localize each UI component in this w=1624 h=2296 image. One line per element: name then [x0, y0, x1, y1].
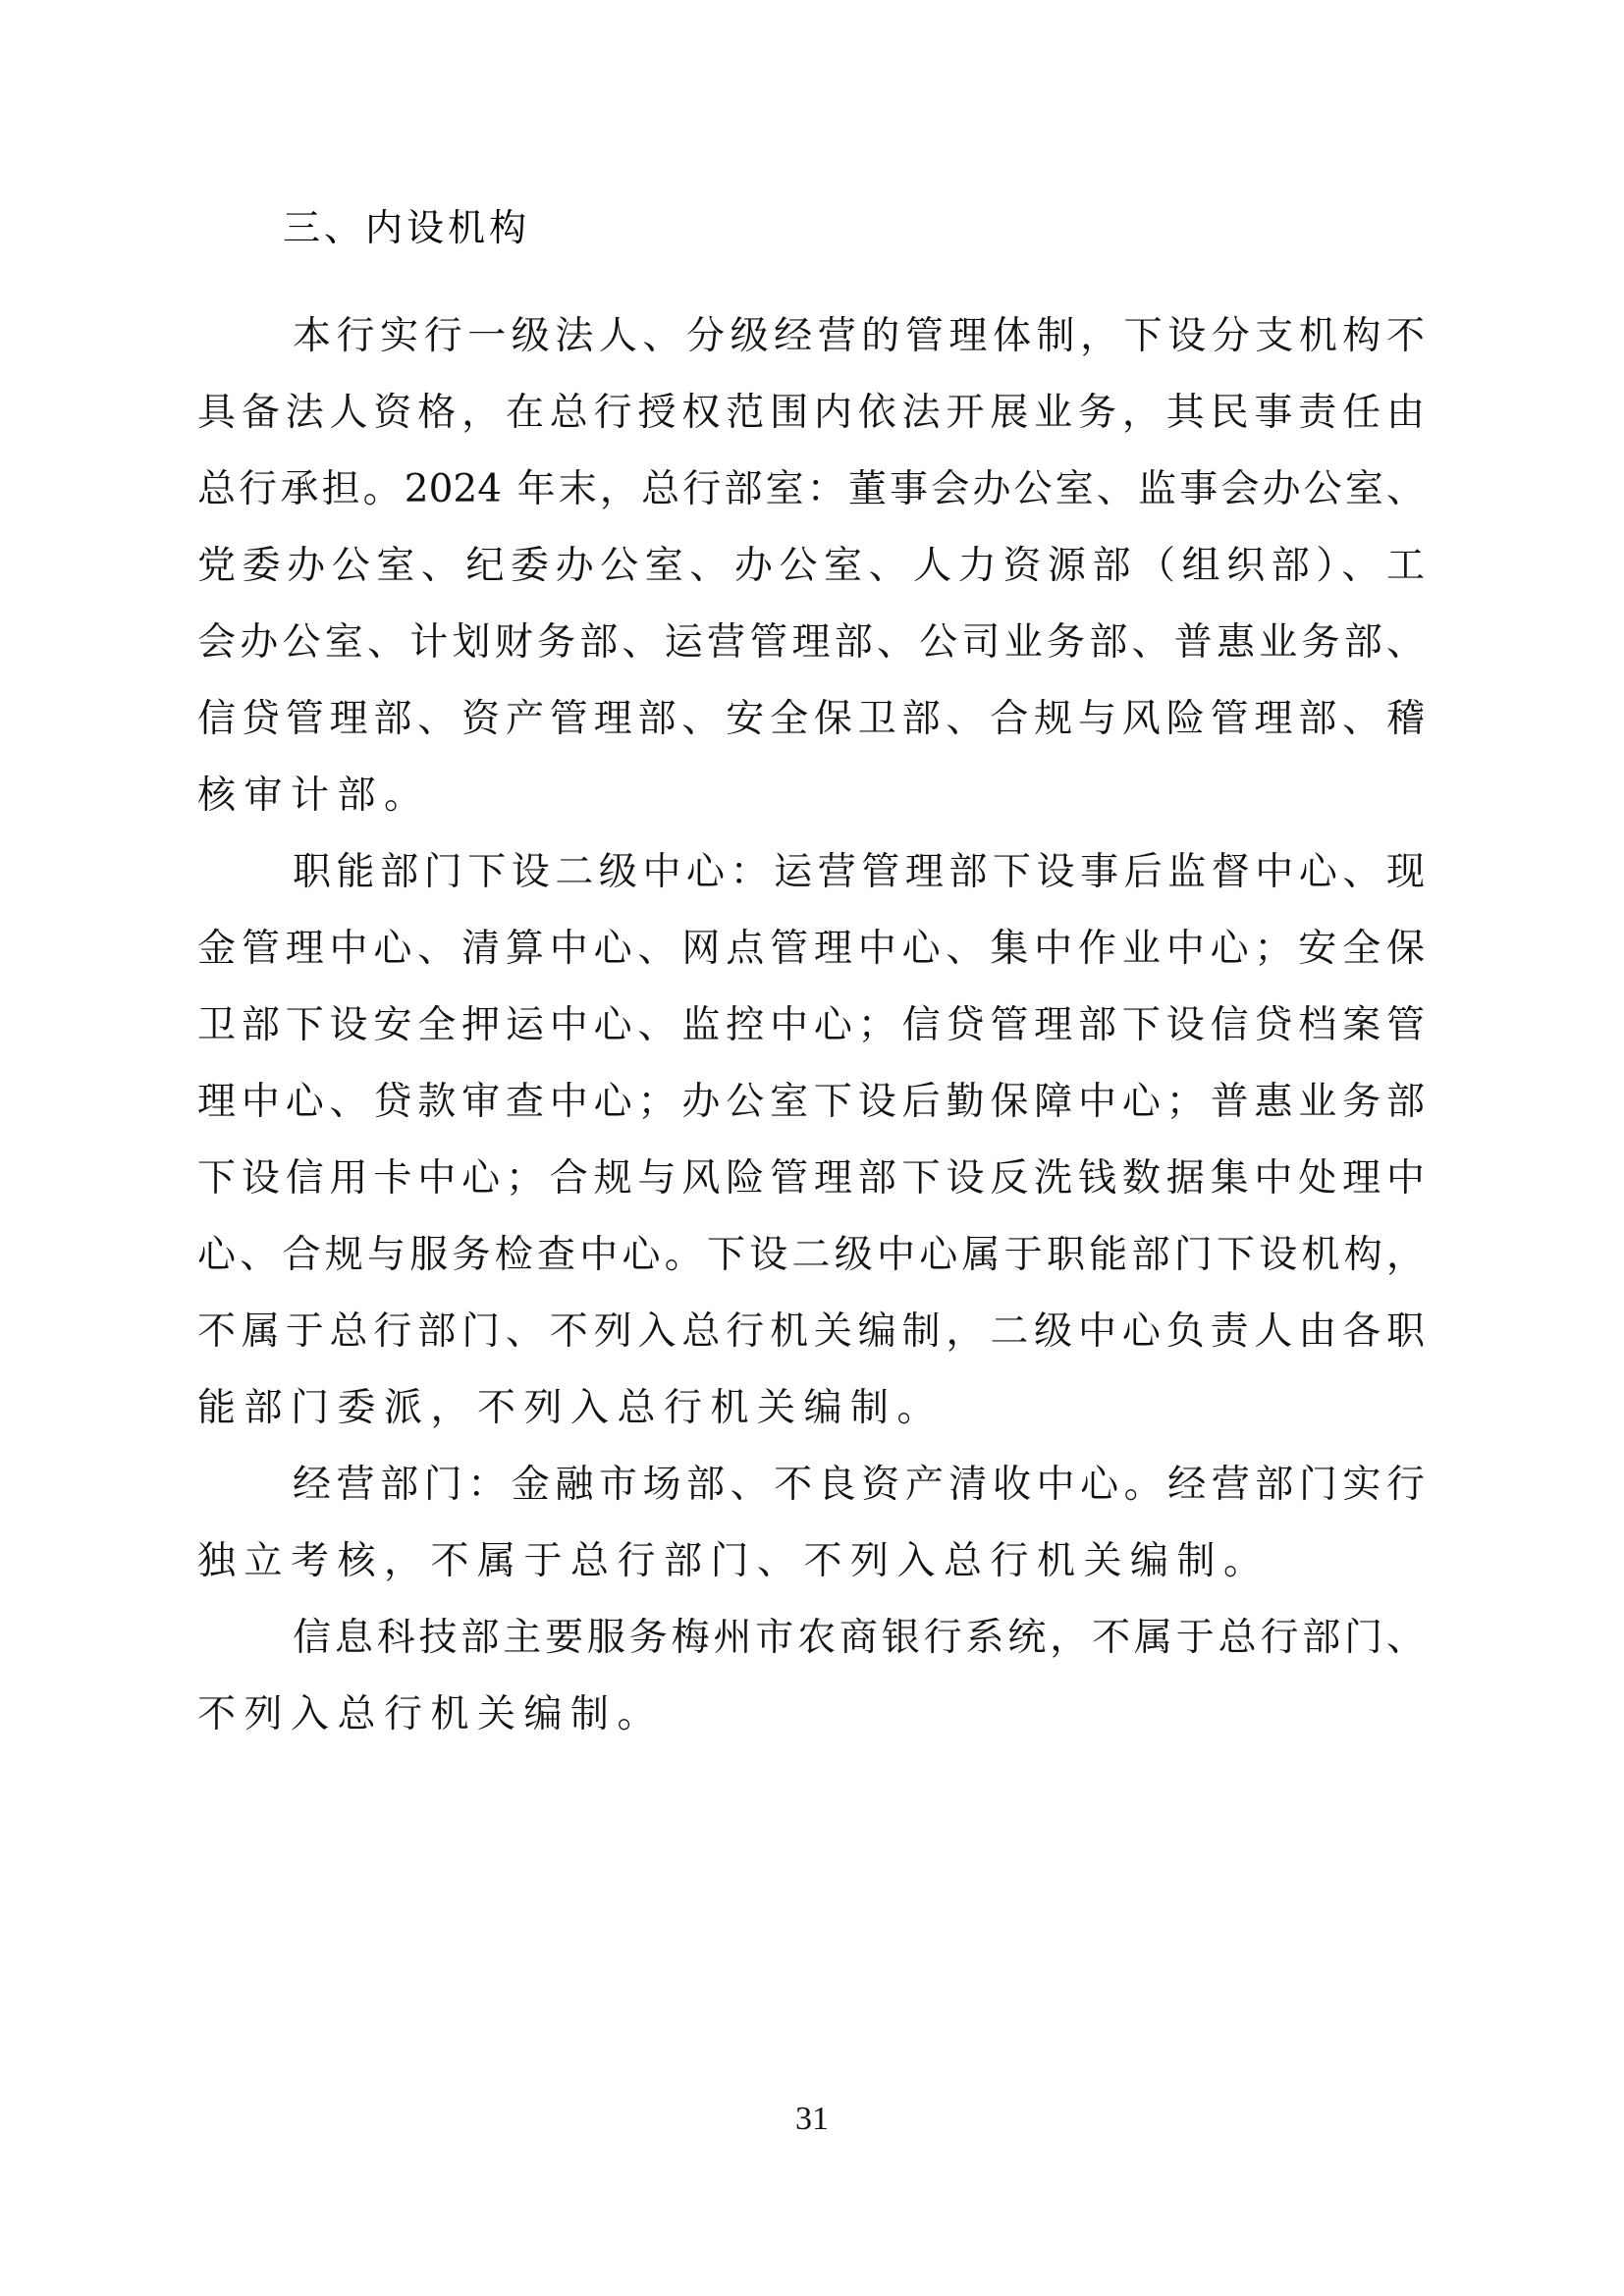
text-line: 经营部门：金融市场部、不良资产清收中心。经营部门实行: [197, 1447, 1425, 1523]
text-line: 信息科技部主要服务梅州市农商银行系统，不属于总行部门、: [197, 1600, 1425, 1677]
text-line: 不列入总行机关编制。: [197, 1677, 1425, 1753]
paragraph-it-department: 信息科技部主要服务梅州市农商银行系统，不属于总行部门、 不列入总行机关编制。: [197, 1600, 1425, 1753]
text-line: 会办公室、计划财务部、运营管理部、公司业务部、普惠业务部、: [197, 605, 1425, 681]
paragraph-business-departments: 经营部门：金融市场部、不良资产清收中心。经营部门实行 独立考核，不属于总行部门、…: [197, 1447, 1425, 1600]
text-line: 信贷管理部、资产管理部、安全保卫部、合规与风险管理部、稽: [197, 681, 1425, 758]
text-line: 理中心、贷款审查中心；办公室下设后勤保障中心；普惠业务部: [197, 1064, 1425, 1141]
text-line: 核审计部。: [197, 758, 1425, 834]
page-number: 31: [0, 2095, 1624, 2144]
section-heading: 三、内设机构: [283, 200, 530, 255]
paragraph-organization-structure: 本行实行一级法人、分级经营的管理体制，下设分支机构不 具备法人资格，在总行授权范…: [197, 298, 1425, 834]
text-line: 不属于总行部门、不列入总行机关编制，二级中心负责人由各职: [197, 1294, 1425, 1370]
paragraph-secondary-centers: 职能部门下设二级中心：运营管理部下设事后监督中心、现 金管理中心、清算中心、网点…: [197, 834, 1425, 1447]
text-line: 具备法人资格，在总行授权范围内依法开展业务，其民事责任由: [197, 375, 1425, 452]
document-body: 本行实行一级法人、分级经营的管理体制，下设分支机构不 具备法人资格，在总行授权范…: [197, 298, 1425, 1753]
text-line: 心、合规与服务检查中心。下设二级中心属于职能部门下设机构，: [197, 1217, 1425, 1294]
text-line: 金管理中心、清算中心、网点管理中心、集中作业中心；安全保: [197, 911, 1425, 988]
text-line: 能部门委派，不列入总行机关编制。: [197, 1370, 1425, 1447]
text-line: 独立考核，不属于总行部门、不列入总行机关编制。: [197, 1523, 1425, 1600]
text-line: 本行实行一级法人、分级经营的管理体制，下设分支机构不: [197, 298, 1425, 375]
document-page: 三、内设机构 本行实行一级法人、分级经营的管理体制，下设分支机构不 具备法人资格…: [0, 0, 1624, 2296]
text-line: 党委办公室、纪委办公室、办公室、人力资源部（组织部）、工: [197, 528, 1425, 605]
text-line: 卫部下设安全押运中心、监控中心；信贷管理部下设信贷档案管: [197, 988, 1425, 1064]
text-line: 职能部门下设二级中心：运营管理部下设事后监督中心、现: [197, 834, 1425, 911]
text-line: 总行承担。2024 年末，总行部室：董事会办公室、监事会办公室、: [197, 452, 1425, 528]
text-line: 下设信用卡中心；合规与风险管理部下设反洗钱数据集中处理中: [197, 1141, 1425, 1217]
